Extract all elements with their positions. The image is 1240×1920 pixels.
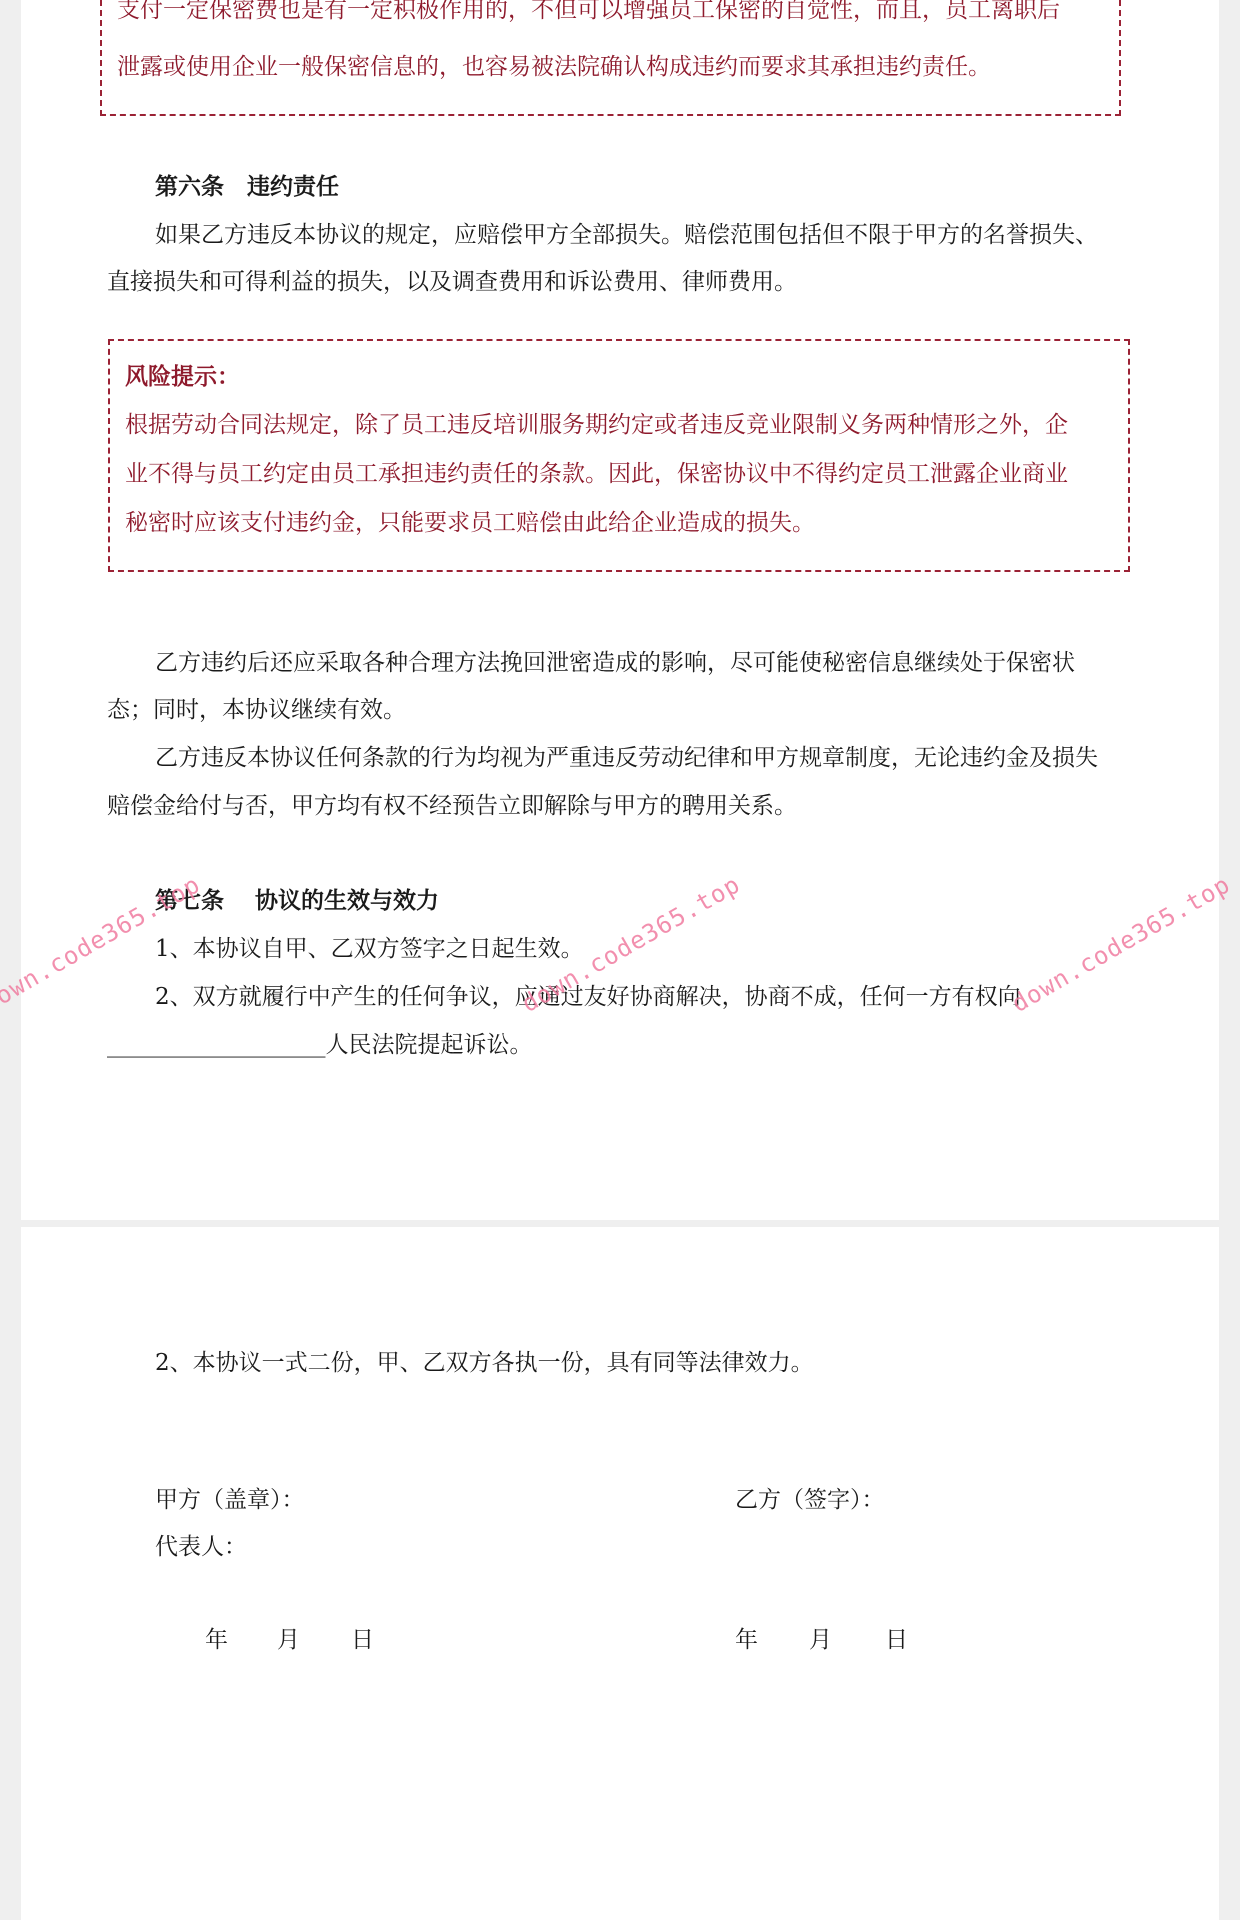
article-6-para-2-line-1: 乙方违约后还应采取各种合理方法挽回泄密造成的影响，尽可能使秘密信息继续处于保密状 xyxy=(155,648,1075,678)
party-a-date-month: 月 xyxy=(277,1625,300,1655)
article-6-para-3-line-2: 赔偿金给付与否，甲方均有权不经预告立即解除与甲方的聘用关系。 xyxy=(107,791,797,821)
party-b-date-year: 年 xyxy=(735,1625,758,1655)
risk-warning-line-1: 根据劳动合同法规定，除了员工违反培训服务期约定或者违反竞业限制义务两种情形之外，… xyxy=(125,410,1068,440)
note-box-1-line-1: 支付一定保密费也是有一定积极作用的，不但可以增强员工保密的自觉性，而且，员工离职… xyxy=(117,0,1060,25)
article-6-heading: 第六条 违约责任 xyxy=(155,172,339,202)
article-7-item-2-line-1: 2、双方就履行中产生的任何争议，应通过友好协商解决，协商不成，任何一方有权向 xyxy=(155,982,1021,1012)
risk-warning-line-3: 秘密时应该支付违约金，只能要求员工赔偿由此给企业造成的损失。 xyxy=(125,508,815,538)
note-box-1-line-2: 泄露或使用企业一般保密信息的，也容易被法院确认构成违约而要求其承担违约责任。 xyxy=(117,52,991,82)
watermark-right: down.code365.top xyxy=(1007,870,1235,1018)
clause-copies: 2、本协议一式二份，甲、乙双方各执一份，具有同等法律效力。 xyxy=(155,1348,814,1378)
article-7-heading: 第七条 协议的生效与效力 xyxy=(155,886,439,916)
article-6-para-2-line-2: 态；同时，本协议继续有效。 xyxy=(107,695,406,725)
article-6-para-1-line-2: 直接损失和可得利益的损失，以及调查费用和诉讼费用、律师费用。 xyxy=(107,267,797,297)
party-a-date-year: 年 xyxy=(205,1625,228,1655)
document-page-2: 2、本协议一式二份，甲、乙双方各执一份，具有同等法律效力。 甲方（盖章）： 乙方… xyxy=(21,1227,1219,1920)
party-b-date-day: 日 xyxy=(885,1625,908,1655)
party-a-representative-label: 代表人： xyxy=(155,1532,247,1562)
article-6-para-1-line-1: 如果乙方违反本协议的规定，应赔偿甲方全部损失。赔偿范围包括但不限于甲方的名誉损失… xyxy=(155,220,1098,250)
risk-warning-line-2: 业不得与员工约定由员工承担违约责任的条款。因此，保密协议中不得约定员工泄露企业商… xyxy=(125,459,1068,489)
party-a-seal-label: 甲方（盖章）： xyxy=(155,1485,305,1515)
article-7-item-1: 1、本协议自甲、乙双方签字之日起生效。 xyxy=(155,934,584,964)
party-a-date-day: 日 xyxy=(351,1625,374,1655)
article-6-para-3-line-1: 乙方违反本协议任何条款的行为均视为严重违反劳动纪律和甲方规章制度，无论违约金及损… xyxy=(155,743,1098,773)
article-7-item-2-line-2: ___________________人民法院提起诉讼。 xyxy=(107,1030,533,1060)
party-b-date-month: 月 xyxy=(809,1625,832,1655)
risk-warning-title: 风险提示： xyxy=(125,362,240,392)
document-page-1: 支付一定保密费也是有一定积极作用的，不但可以增强员工保密的自觉性，而且，员工离职… xyxy=(21,0,1219,1220)
party-b-signature-label: 乙方（签字）： xyxy=(735,1485,885,1515)
